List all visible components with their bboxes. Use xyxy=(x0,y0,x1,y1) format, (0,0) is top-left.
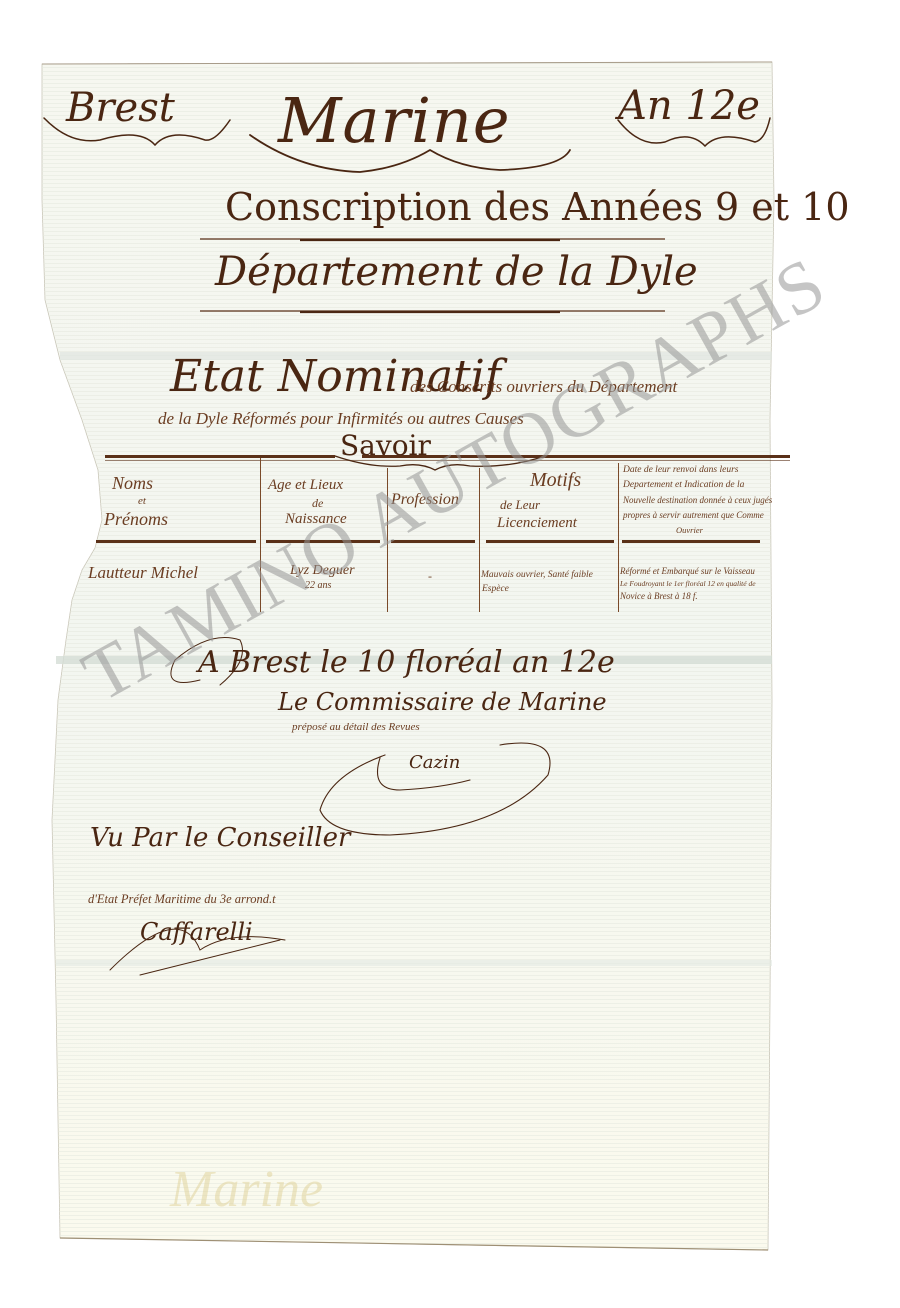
column-divider xyxy=(618,463,619,612)
cell-destination-line1: Réformé et Embarqué sur le Vaisseau xyxy=(620,567,755,576)
document-page: Brest Marine An 12e Conscription des Ann… xyxy=(0,0,900,1308)
header-rule-col3 xyxy=(391,540,475,543)
subtitle: Conscription des Années 9 et 10 xyxy=(225,188,850,226)
cell-age: 22 ans xyxy=(305,581,331,591)
cell-reason-line1: Mauvais ouvrier, Santé faible xyxy=(481,571,593,581)
statement-line2: de la Dyle Réformés pour Infirmités ou a… xyxy=(158,410,524,427)
cell-birthplace: Lyz Deguer xyxy=(290,564,355,578)
statement-line1: des Conscrits ouvriers du Département xyxy=(410,378,677,395)
approval-line1: Vu Par le Conseiller xyxy=(90,825,350,851)
column-divider xyxy=(387,468,388,612)
document-title: Marine xyxy=(278,90,511,152)
commissioner-title: Le Commissaire de Marine xyxy=(278,690,607,714)
cell-reason-line2: Espèce xyxy=(482,585,509,595)
header-rule-col1 xyxy=(96,540,256,543)
table-top-thin-rule xyxy=(105,460,790,461)
header-right-label: An 12e xyxy=(618,86,760,126)
column-divider xyxy=(479,468,480,612)
department: Département de la Dyle xyxy=(215,252,698,292)
commissioner-role: préposé au détail des Revues xyxy=(292,722,420,733)
header-left-label: Brest xyxy=(66,88,175,128)
approval-line2: d'Etat Préfet Maritime du 3e arrond.t xyxy=(88,893,276,906)
bleed-through-text: Marine xyxy=(170,1160,323,1219)
place-date: A Brest le 10 floréal an 12e xyxy=(198,648,615,678)
header-rule-col4 xyxy=(486,540,614,543)
header-rule-col2 xyxy=(266,540,380,543)
column-divider xyxy=(260,458,261,612)
prefect-signature: Caffarelli xyxy=(140,920,253,944)
cell-name: Lautteur Michel xyxy=(88,564,198,581)
cell-destination-line3: Novice à Brest à 18 f. xyxy=(620,592,698,601)
cell-profession: - xyxy=(428,570,432,582)
header-rule-col5 xyxy=(622,540,760,543)
table-top-rule-right xyxy=(362,455,790,458)
commissioner-signature: Cazin xyxy=(409,754,460,772)
table-top-rule-left xyxy=(105,455,335,458)
cell-destination-line2: Le Foudroyant le 1er floréal 12 en quali… xyxy=(620,580,756,588)
